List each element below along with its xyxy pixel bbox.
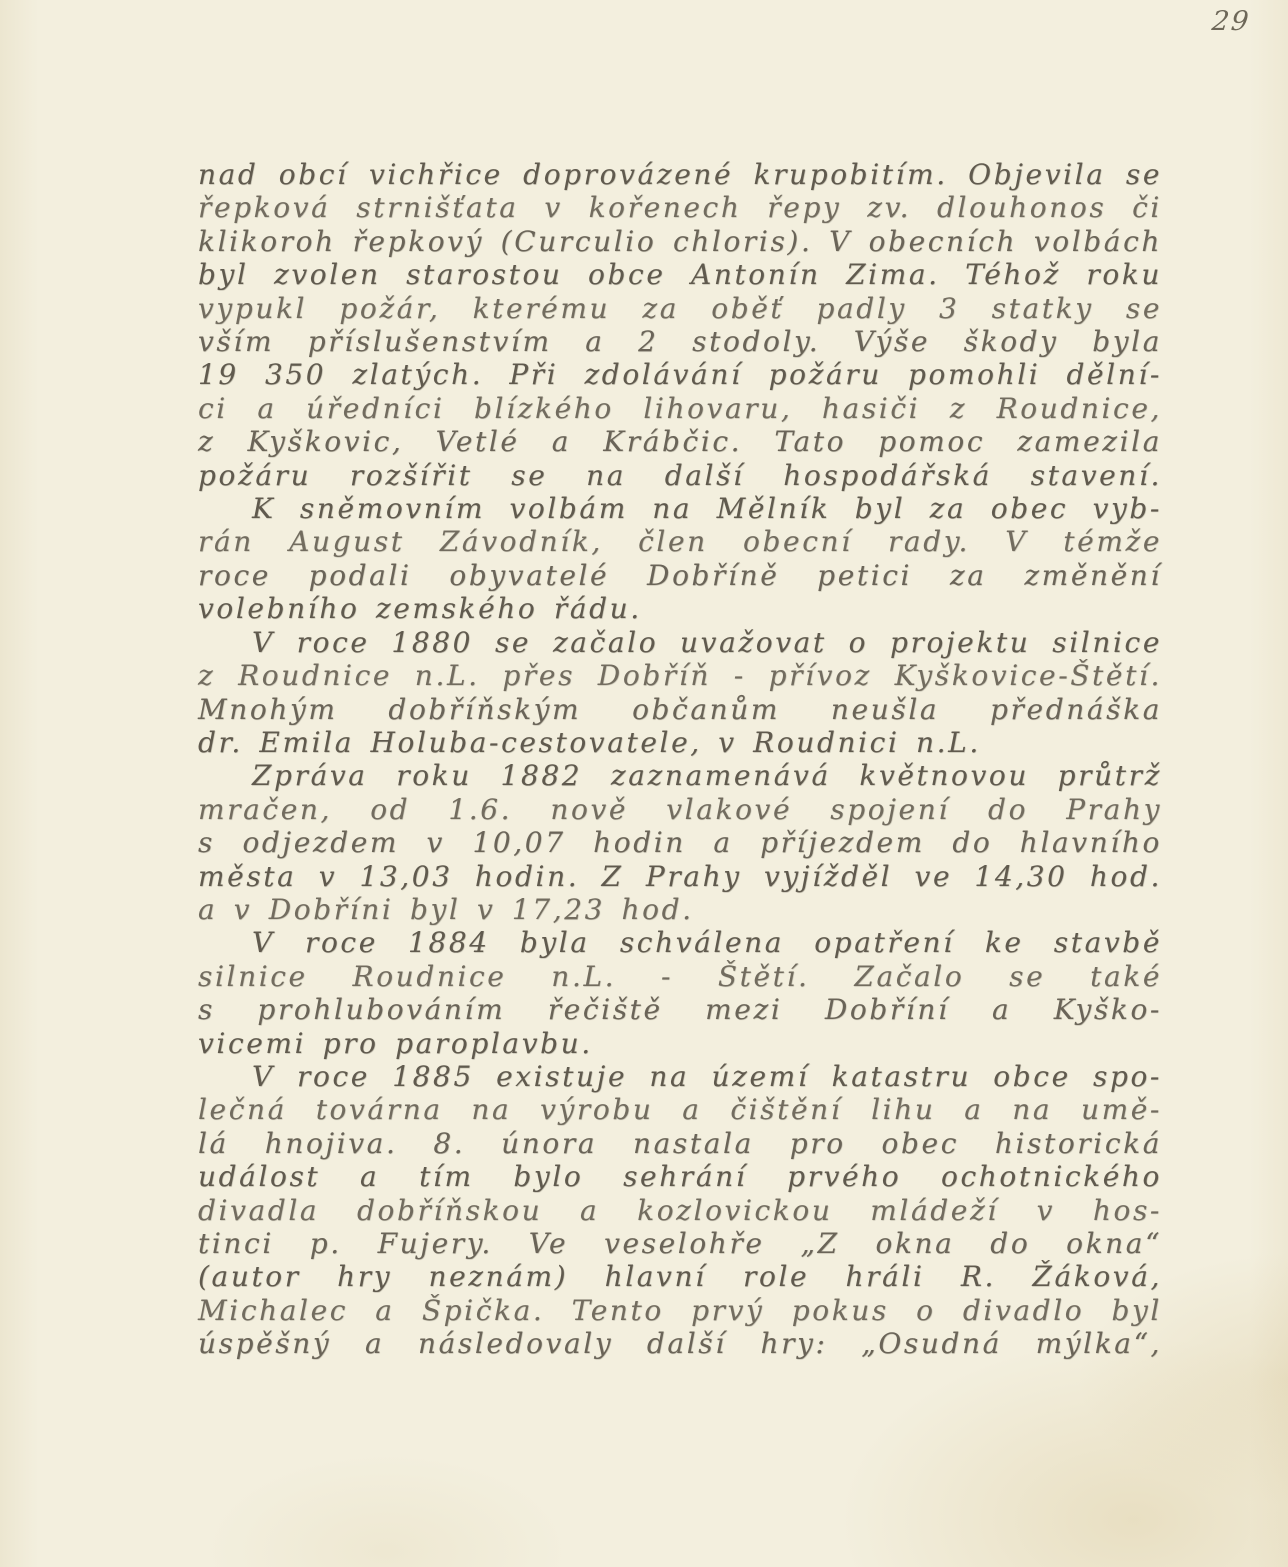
paragraph: V roce 1884 byla schválena opatření ke s…: [198, 926, 1162, 1060]
text-line: V roce 1880 se začalo uvažovat o projekt…: [198, 626, 1162, 659]
paragraph: Zpráva roku 1882 zaznamenává květnovou p…: [198, 759, 1162, 926]
text-line: volebního zemského řádu.: [198, 592, 1162, 625]
text-line: nad obcí vichřice doprovázené krupobitím…: [198, 158, 1162, 191]
text-line: z Roudnice n.L. přes Dobříň - přívoz Kyš…: [198, 659, 1162, 692]
text-line: lá hnojiva. 8. února nastala pro obec hi…: [198, 1127, 1162, 1160]
text-line: úspěšný a následovaly další hry: „Osudná…: [198, 1327, 1162, 1360]
text-line: roce podali obyvatelé Dobříně petici za …: [198, 559, 1162, 592]
text-line: a v Dobříni byl v 17,23 hod.: [198, 893, 1162, 926]
text-line: s prohlubováním řečiště mezi Dobříní a K…: [198, 993, 1162, 1026]
text-line: Zpráva roku 1882 zaznamenává květnovou p…: [198, 759, 1162, 792]
paragraph: nad obcí vichřice doprovázené krupobitím…: [198, 158, 1162, 492]
text-line: z Kyškovic, Vetlé a Krábčic. Tato pomoc …: [198, 425, 1162, 458]
text-line: K sněmovním volbám na Mělník byl za obec…: [198, 492, 1162, 525]
text-line: V roce 1885 existuje na území katastru o…: [198, 1060, 1162, 1093]
text-line: klikoroh řepkový (Curculio chloris). V o…: [198, 225, 1162, 258]
text-line: 19 350 zlatých. Při zdolávání požáru pom…: [198, 358, 1162, 391]
manuscript-page: { "page": { "number": "29" }, "colors": …: [0, 0, 1288, 1567]
text-line: požáru rozšířit se na další hospodářská …: [198, 459, 1162, 492]
text-line: (autor hry neznám) hlavní role hráli R. …: [198, 1260, 1162, 1293]
manuscript-text-block: nad obcí vichřice doprovázené krupobitím…: [198, 158, 1162, 1361]
text-line: tinci p. Fujery. Ve veselohře „Z okna do…: [198, 1227, 1162, 1260]
text-line: Michalec a Špička. Tento prvý pokus o di…: [198, 1294, 1162, 1327]
text-line: mračen, od 1.6. nově vlakové spojení do …: [198, 793, 1162, 826]
text-line: dr. Emila Holuba-cestovatele, v Roudnici…: [198, 726, 1162, 759]
text-line: s odjezdem v 10,07 hodin a příjezdem do …: [198, 826, 1162, 859]
text-line: vypukl požár, kterému za oběť padly 3 st…: [198, 292, 1162, 325]
text-line: řepková strnišťata v kořenech řepy zv. d…: [198, 191, 1162, 224]
text-line: města v 13,03 hodin. Z Prahy vyjížděl ve…: [198, 860, 1162, 893]
text-line: vším příslušenstvím a 2 stodoly. Výše šk…: [198, 325, 1162, 358]
paragraph: V roce 1880 se začalo uvažovat o projekt…: [198, 626, 1162, 760]
text-line: divadla dobříňskou a kozlovickou mládeží…: [198, 1194, 1162, 1227]
text-line: Mnohým dobříňským občanům neušla přednáš…: [198, 693, 1162, 726]
text-line: událost a tím bylo sehrání prvého ochotn…: [198, 1160, 1162, 1193]
paragraph: K sněmovním volbám na Mělník byl za obec…: [198, 492, 1162, 626]
paragraph: V roce 1885 existuje na území katastru o…: [198, 1060, 1162, 1361]
text-line: silnice Roudnice n.L. - Štětí. Začalo se…: [198, 960, 1162, 993]
text-line: byl zvolen starostou obce Antonín Zima. …: [198, 258, 1162, 291]
text-line: lečná továrna na výrobu a čištění lihu a…: [198, 1093, 1162, 1126]
text-line: V roce 1884 byla schválena opatření ke s…: [198, 926, 1162, 959]
text-line: rán August Závodník, člen obecní rady. V…: [198, 525, 1162, 558]
text-line: vicemi pro paroplavbu.: [198, 1027, 1162, 1060]
page-number: 29: [1210, 6, 1252, 37]
text-line: ci a úředníci blízkého lihovaru, hasiči …: [198, 392, 1162, 425]
